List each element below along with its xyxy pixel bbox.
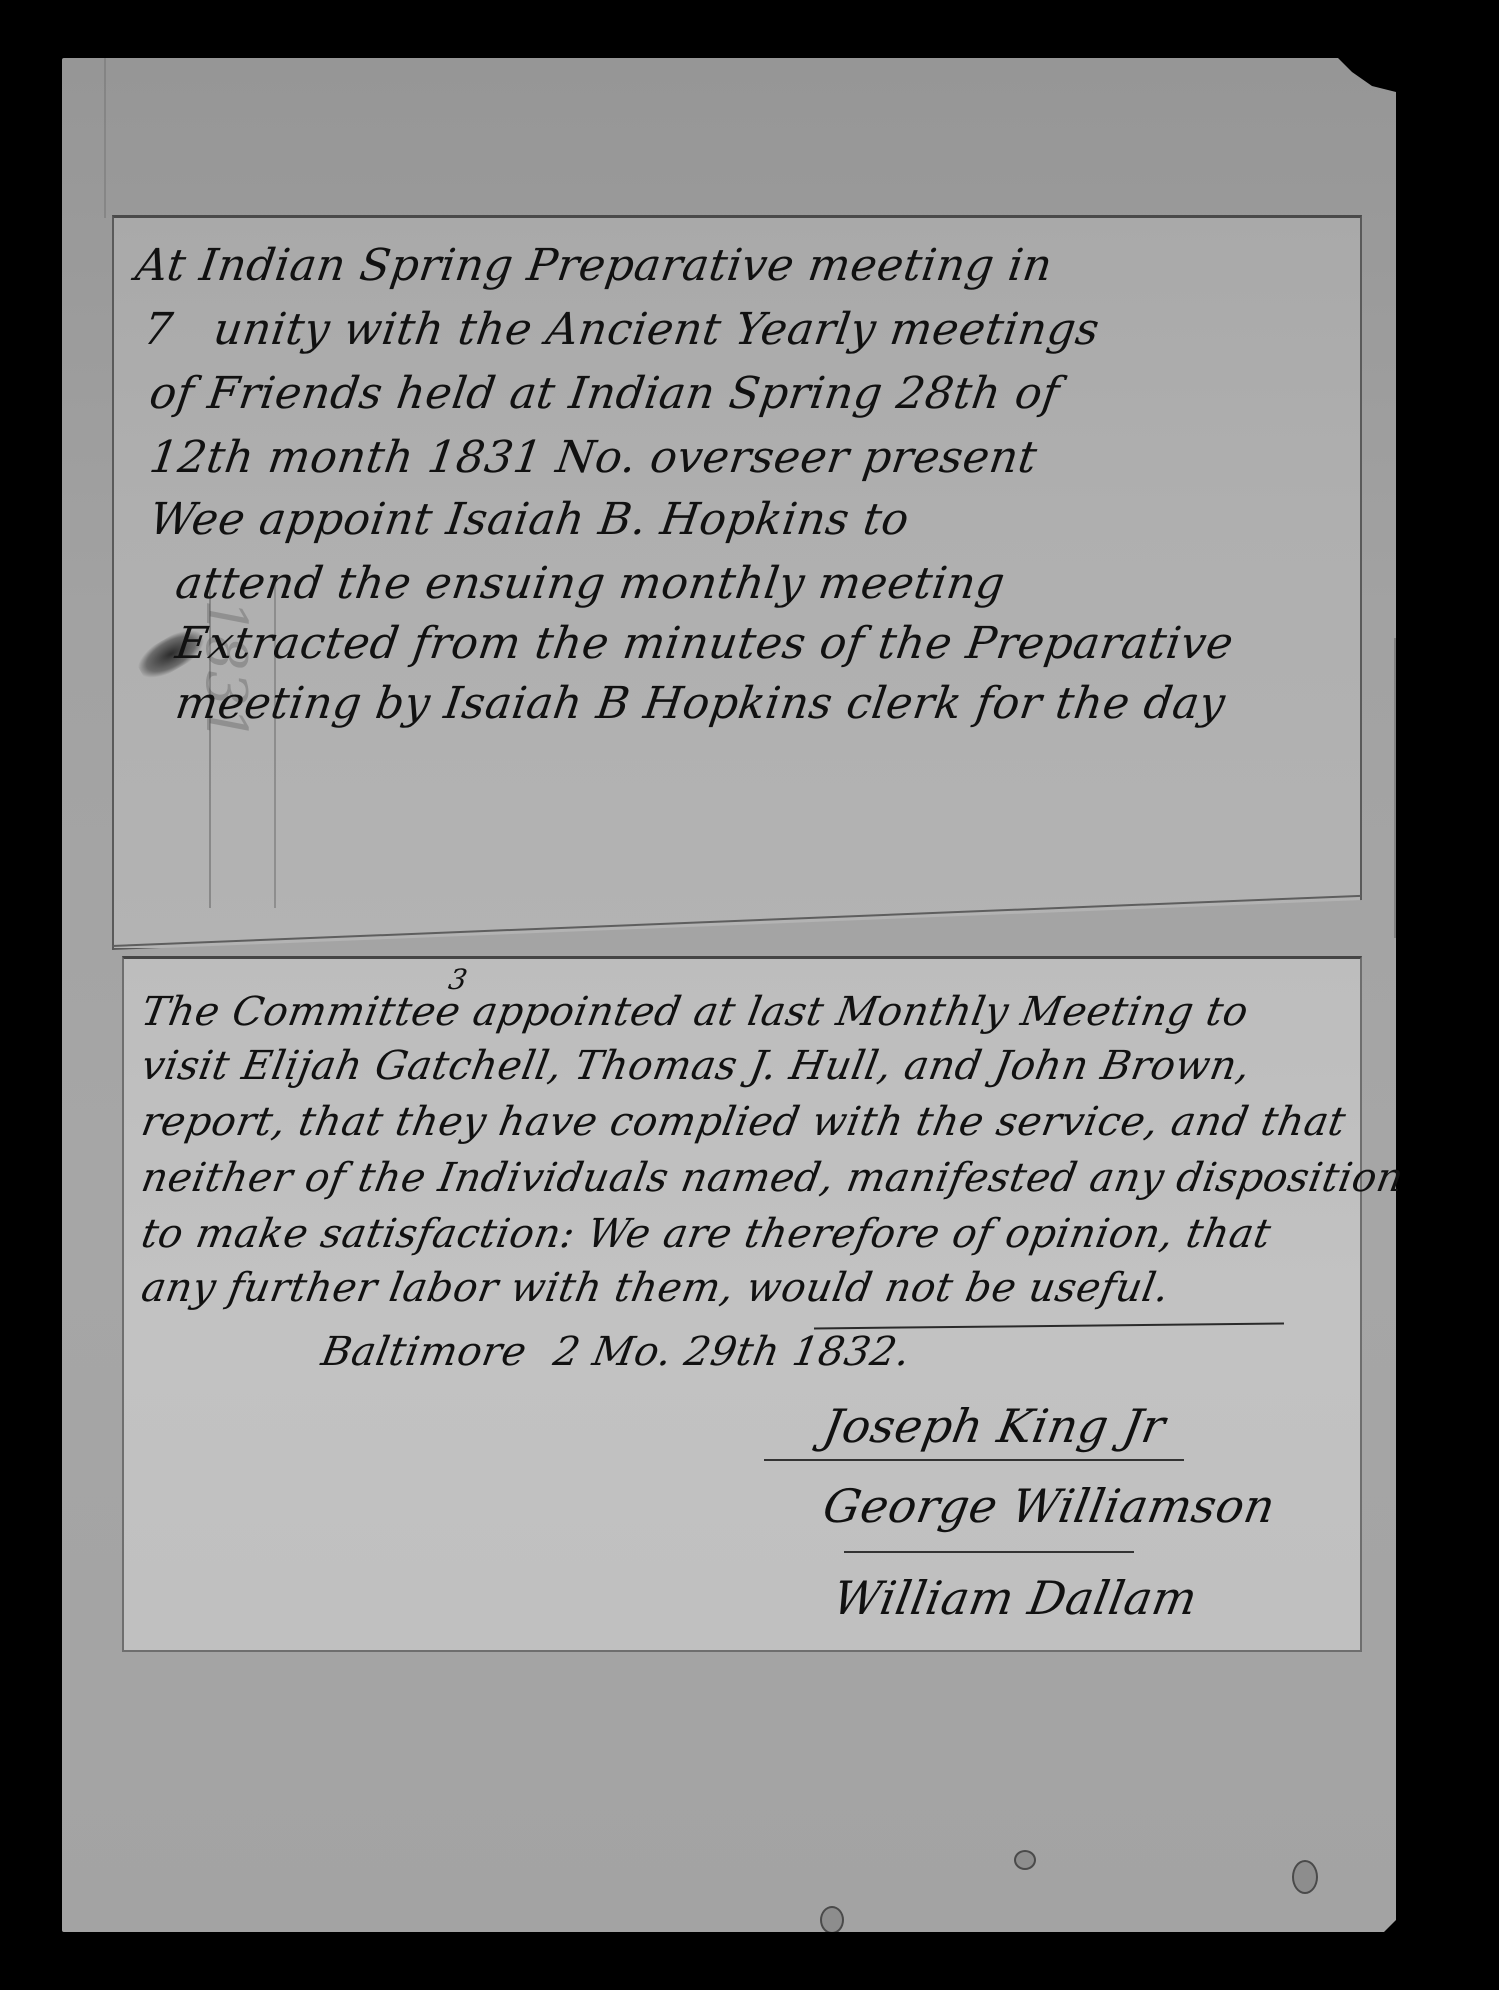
ink-stain [1014, 1850, 1036, 1870]
committee-report-slip: 3 The Committee appointed at last Monthl… [122, 956, 1362, 1652]
margin-mark: 7 [140, 304, 176, 355]
ink-stain [820, 1906, 844, 1934]
signature-3: William Dallam [829, 1571, 1201, 1625]
date-value: 2 Mo. 29th 1832. [550, 1329, 914, 1375]
report-line-3: report, that they have complied with the… [138, 1099, 1349, 1145]
minute-line-4: 12th month 1831 No. overseer present [146, 432, 1040, 483]
report-line-6: any further labor with them, would not b… [138, 1265, 1173, 1311]
minute-line-6: attend the ensuing monthly meeting [172, 558, 1008, 609]
signature-2: George Williamson [819, 1479, 1279, 1533]
minute-line-2: unity with the Ancient Yearly meetings [210, 304, 1102, 355]
signature-flourish [764, 1459, 1184, 1461]
report-line-5: to make satisfaction: We are therefore o… [138, 1211, 1275, 1257]
minute-line-8: meeting by Isaiah B Hopkins clerk for th… [172, 678, 1228, 729]
report-line-2: visit Elijah Gatchell, Thomas J. Hull, a… [138, 1043, 1254, 1089]
date-place: Baltimore [318, 1329, 530, 1375]
minute-line-3: of Friends held at Indian Spring 28th of [146, 368, 1062, 419]
report-line-4: neither of the Individuals named, manife… [138, 1155, 1407, 1201]
page-fold-line [1394, 638, 1396, 938]
minute-line-5: Wee appoint Isaiah B. Hopkins to [146, 494, 912, 545]
signature-1: Joseph King Jr [819, 1399, 1169, 1453]
report-line-1: The Committee appointed at last Monthly … [138, 989, 1252, 1035]
minute-line-7: Extracted from the minutes of the Prepar… [172, 618, 1236, 669]
minute-line-1: At Indian Spring Preparative meeting in [132, 240, 1055, 291]
ink-stain [1292, 1860, 1318, 1894]
upper-minute-slip: 1831 At Indian Spring Preparative meetin… [112, 215, 1362, 950]
signature-flourish [844, 1551, 1134, 1553]
